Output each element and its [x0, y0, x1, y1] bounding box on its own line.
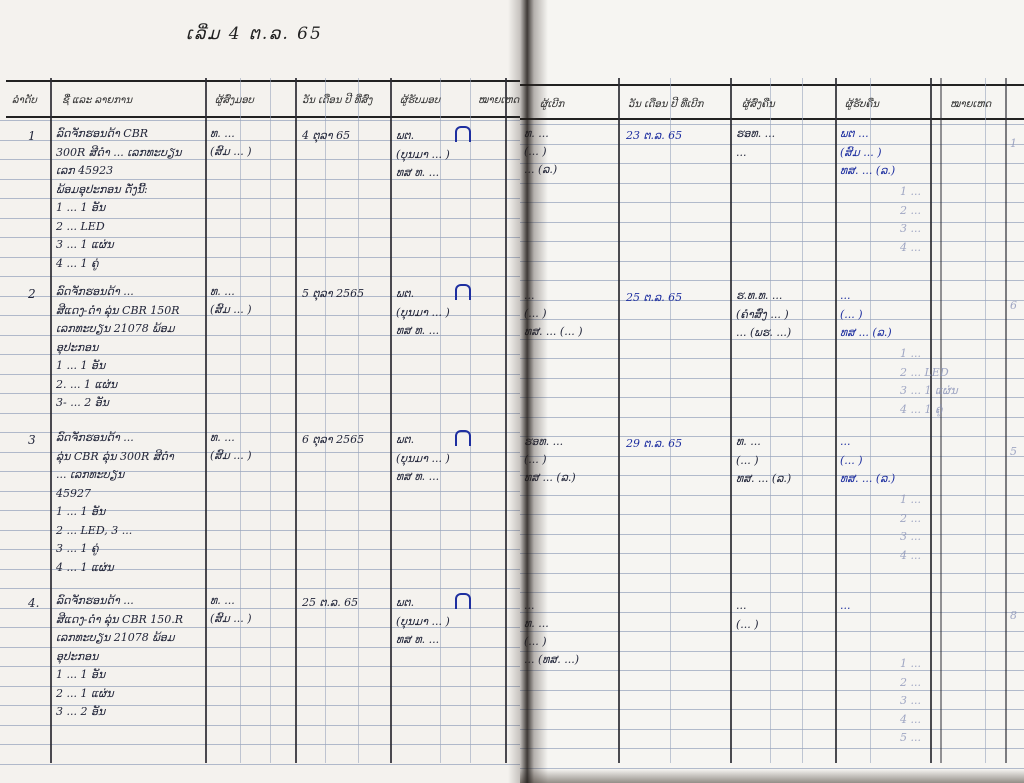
- entry-returner: ...: [736, 147, 747, 158]
- entry-receiver: ພຕ.: [396, 597, 414, 608]
- signature-mark-icon: [455, 593, 471, 609]
- entry-returner: (... ): [736, 455, 759, 466]
- entry-date: 5 ຕຸລາ 2565: [302, 288, 364, 299]
- book-spine: [508, 0, 548, 783]
- entry-description-line: 2 ... 1 ແຜ່ນ: [56, 688, 114, 699]
- signature-mark-icon: [455, 126, 471, 142]
- entry-sender: (ສົມ ... ): [210, 450, 252, 461]
- ruled-line: [0, 393, 520, 394]
- entry-description-line: ລົດຈັກຮອນດ້າ CBR: [56, 128, 148, 139]
- entry-returner: (ຄຳສົ່ງ ... ): [736, 309, 789, 320]
- entry-description-line: 3 ... 2 ອັນ: [56, 706, 105, 717]
- ruled-line: [0, 120, 520, 121]
- entry-description-line: 3 ... 1 ແຜ່ນ: [56, 239, 114, 250]
- entry-note: 3 ...: [900, 695, 921, 706]
- entry-description-line: 3- ... 2 ອັນ: [56, 397, 109, 408]
- entry-number: 2: [28, 288, 36, 300]
- entry-side-number: 1: [1010, 138, 1017, 149]
- entry-receiver: ທສ ທ. ...: [396, 167, 439, 178]
- entry-description-line: 300R ສີດຳ ... ເລກທະບຽນ: [56, 147, 182, 158]
- ruled-line: [520, 397, 1024, 398]
- entry-description-line: ລຸ່ນ CBR ລຸ່ນ 300R ສີດຳ: [56, 451, 174, 462]
- column-header: ວັນ ເດືອນ ປີ ທີ່ສົ່ງ: [302, 96, 372, 106]
- entry-description-line: 1 ... 1 ອັນ: [56, 202, 105, 213]
- entry-return-receiver: ...: [840, 290, 851, 301]
- ruled-line: [520, 709, 1024, 710]
- ledger-title: ເລີ່ມ 4 ຕ.ລ. 65: [186, 24, 323, 44]
- entry-description-line: 2 ... LED, 3 ...: [56, 525, 132, 536]
- ruled-line: [520, 514, 1024, 515]
- entry-note: 4 ...: [900, 714, 921, 725]
- column-header: ຜູ້ຮັບຄືນ: [845, 100, 879, 110]
- ruled-line: [0, 218, 520, 219]
- entry-note: 2 ... LED: [900, 367, 949, 378]
- ruled-line: [520, 748, 1024, 749]
- ruled-line: [520, 183, 1024, 184]
- ruled-line: [520, 280, 1024, 281]
- entry-date: 25 ຕ.ລ. 65: [302, 597, 358, 608]
- entry-request-date: 29 ຕ.ລ. 65: [626, 438, 682, 449]
- entry-description-line: ສີແດງ-ດຳ ລຸ່ນ CBR 150R: [56, 305, 180, 316]
- entry-request-date: 23 ຕ.ລ. 65: [626, 130, 682, 141]
- ruled-line: [0, 179, 520, 180]
- entry-description-line: ລົດຈັກຮອນດ້າ ...: [56, 595, 134, 606]
- entry-returner: ທສ. ... (ລ.): [736, 473, 791, 484]
- entry-description-line: 1 ... 1 ອັນ: [56, 360, 105, 371]
- entry-number: 3: [28, 434, 36, 446]
- ruled-line: [520, 144, 1024, 145]
- column-header: ຜູ້ສົ່ງມອບ: [215, 96, 254, 106]
- entry-note: 2 ...: [900, 205, 921, 216]
- ruled-line: [0, 647, 520, 648]
- ruled-line: [520, 553, 1024, 554]
- entry-sender: ທ. ...: [210, 286, 235, 297]
- entry-returner: ... (ພຮ. ...): [736, 327, 791, 338]
- entry-note: 1 ...: [900, 186, 921, 197]
- ruled-line: [520, 436, 1024, 437]
- header-bottom-line-right: [520, 118, 1024, 120]
- entry-description-line: ສີແດງ-ດຳ ລຸ່ນ CBR 150.R: [56, 614, 183, 625]
- ruled-line: [520, 261, 1024, 262]
- entry-description-line: ລົດຈັກຮອນດ້າ ...: [56, 286, 134, 297]
- signature-mark-icon: [455, 430, 471, 446]
- entry-description-line: 1 ... 1 ອັນ: [56, 669, 105, 680]
- entry-date: 4 ຕຸລາ 65: [302, 130, 350, 141]
- entry-sender: (ສົມ ... ): [210, 613, 252, 624]
- entry-description-line: ອຸປະກອນ: [56, 342, 98, 353]
- ruled-line: [520, 163, 1024, 164]
- entry-note: 4 ...: [900, 550, 921, 561]
- ruled-line: [520, 534, 1024, 535]
- entry-sender: ທ. ...: [210, 128, 235, 139]
- entry-note: 1 ...: [900, 348, 921, 359]
- entry-receiver: ພຕ.: [396, 288, 414, 299]
- ruled-line: [520, 573, 1024, 574]
- entry-note: 2 ...: [900, 513, 921, 524]
- ruled-line: [0, 764, 520, 765]
- entry-return-receiver: ທສ ... (ລ.): [840, 327, 892, 338]
- entry-sender: ທ. ...: [210, 595, 235, 606]
- entry-note: 3 ... 1 ແຜ່ນ: [900, 385, 958, 396]
- entry-note: 4 ... 1 ຄູ່: [900, 404, 943, 415]
- entry-receiver: (ບຸນມາ ... ): [396, 453, 450, 464]
- entry-return-receiver: ທສ. ... (ລ.): [840, 473, 895, 484]
- entry-returner: ຮອທ. ...: [736, 128, 775, 139]
- ruled-line: [0, 354, 520, 355]
- ruled-line: [520, 670, 1024, 671]
- ruled-line: [520, 202, 1024, 203]
- entry-returner: ທ. ...: [736, 436, 761, 447]
- entry-returner: (... ): [736, 619, 759, 630]
- ruled-line: [520, 612, 1024, 613]
- entry-note: 3 ...: [900, 223, 921, 234]
- entry-description-line: 4 ... 1 ຄູ່: [56, 258, 99, 269]
- header-top-line: [6, 80, 520, 82]
- ruled-line: [520, 729, 1024, 730]
- entry-request-date: 25 ຕ.ລ. 65: [626, 292, 682, 303]
- entry-number: 4.: [28, 597, 39, 609]
- entry-returner: ...: [736, 600, 747, 611]
- entry-description-line: ອຸປະກອນ: [56, 651, 98, 662]
- entry-sender: (ສົມ ... ): [210, 304, 252, 315]
- entry-description-line: ເລກທະບຽນ 21078 ພ້ອມ: [56, 632, 174, 643]
- ruled-line: [0, 588, 520, 589]
- ruled-line: [0, 413, 520, 414]
- header-bottom-line: [6, 116, 520, 118]
- entry-receiver: ພຕ.: [396, 434, 414, 445]
- ruled-line: [520, 417, 1024, 418]
- left-page: ເລີ່ມ 4 ຕ.ລ. 65 ລຳດັບຊື່ ແລະ ລາຍການຜູ້ສົ…: [0, 0, 520, 783]
- ruled-line: [520, 495, 1024, 496]
- column-header: ໝາຍເຫດ: [950, 100, 991, 110]
- entry-note: 1 ...: [900, 658, 921, 669]
- entry-return-receiver: ທສ. ... (ລ.): [840, 165, 895, 176]
- ruled-line: [0, 666, 520, 667]
- entry-description-line: ເລກທະບຽນ 21078 ພ້ອມ: [56, 323, 174, 334]
- ruled-line: [520, 690, 1024, 691]
- entry-receiver: (ບຸນມາ ... ): [396, 616, 450, 627]
- ruled-line: [520, 651, 1024, 652]
- entry-receiver: (ບຸນມາ ... ): [396, 307, 450, 318]
- entry-date: 6 ຕຸລາ 2565: [302, 434, 364, 445]
- entry-description-line: ພ້ອມອຸປະກອນ ດັ່ງນີ້:: [56, 184, 148, 195]
- column-header: ຊື່ ແລະ ລາຍການ: [62, 96, 132, 106]
- column-header: ວັນ ເດືອນ ປີ ທີ່ເບີກ: [628, 100, 703, 110]
- entry-return-receiver: ພຕ ...: [840, 128, 869, 139]
- entry-note: 4 ...: [900, 242, 921, 253]
- entry-return-receiver: (ສົມ ... ): [840, 147, 882, 158]
- right-page: ຜູ້ເບີກວັນ ເດືອນ ປີ ທີ່ເບີກຜູ້ສົ່ງຄືນຜູ້…: [520, 0, 1024, 783]
- entry-description-line: 1 ... 1 ອັນ: [56, 506, 105, 517]
- entry-receiver: ທສ ທ. ...: [396, 325, 439, 336]
- ruled-line: [0, 276, 520, 277]
- column-header: ຜູ້ຮັບມອບ: [400, 96, 440, 106]
- entry-description-line: ລົດຈັກຮອນດ້າ ...: [56, 432, 134, 443]
- entry-return-receiver: (... ): [840, 309, 863, 320]
- column-header: ລຳດັບ: [12, 96, 37, 106]
- ruled-line: [0, 198, 520, 199]
- entry-sender: (ສົມ ... ): [210, 146, 252, 157]
- ruled-line: [520, 592, 1024, 593]
- entry-description-line: 45927: [56, 488, 91, 499]
- column-header: ຜູ້ສົ່ງຄືນ: [742, 100, 775, 110]
- ruled-line: [0, 608, 520, 609]
- entry-receiver: (ບຸນມາ ... ): [396, 149, 450, 160]
- entry-description-line: 4 ... 1 ແຜ່ນ: [56, 562, 114, 573]
- ruled-line: [520, 358, 1024, 359]
- header-top-line-right: [520, 84, 1024, 86]
- entry-description-line: 2 ... LED: [56, 221, 105, 232]
- entry-receiver: ທສ ທ. ...: [396, 634, 439, 645]
- entry-side-number: 8: [1010, 610, 1017, 621]
- ruled-line: [520, 124, 1024, 125]
- entry-number: 1: [28, 130, 36, 142]
- ruled-line: [0, 374, 520, 375]
- ruled-line: [520, 456, 1024, 457]
- entry-returner: ຮ.ທ.ທ. ...: [736, 290, 782, 301]
- entry-return-receiver: ...: [840, 436, 851, 447]
- entry-side-number: 6: [1010, 300, 1017, 311]
- entry-receiver: ທສ ທ. ...: [396, 471, 439, 482]
- entry-note: 5 ...: [900, 732, 921, 743]
- entry-note: 2 ...: [900, 677, 921, 688]
- entry-return-receiver: (... ): [840, 455, 863, 466]
- entry-description-line: 2. ... 1 ແຜ່ນ: [56, 379, 117, 390]
- entry-description-line: 3 ... 1 ຄູ່: [56, 543, 99, 554]
- entry-note: 3 ...: [900, 531, 921, 542]
- entry-return-receiver: ...: [840, 600, 851, 611]
- ruled-line: [0, 725, 520, 726]
- entry-description-line: ... ເລກທະບຽນ: [56, 469, 124, 480]
- ruled-line: [520, 222, 1024, 223]
- entry-sender: ທ. ...: [210, 432, 235, 443]
- signature-mark-icon: [455, 284, 471, 300]
- entry-note: 1 ...: [900, 494, 921, 505]
- entry-receiver: ພຕ.: [396, 130, 414, 141]
- ruled-line: [520, 631, 1024, 632]
- ruled-line: [520, 241, 1024, 242]
- entry-description-line: ເລກ 45923: [56, 165, 113, 176]
- ruled-line: [0, 744, 520, 745]
- entry-side-number: 5: [1010, 446, 1017, 457]
